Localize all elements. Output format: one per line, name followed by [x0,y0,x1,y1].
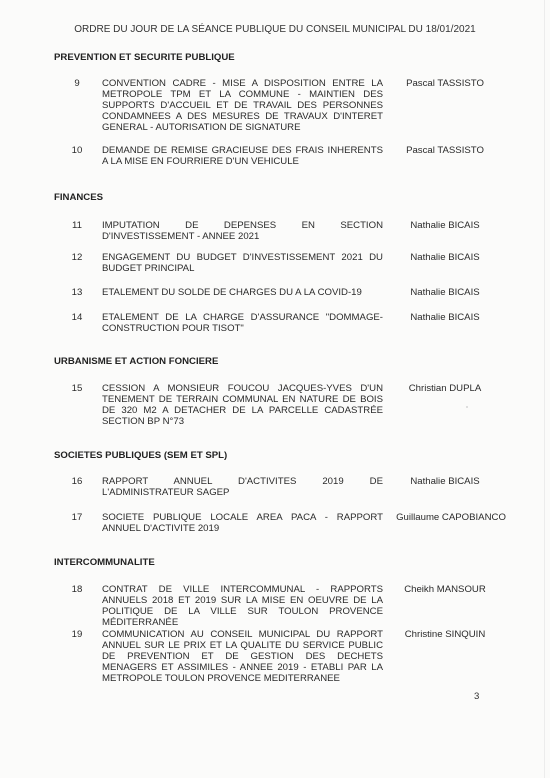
item-number: 16 [66,476,88,487]
item-presenter: Cheikh MANSOUR [380,584,510,595]
item-text: SOCIETE PUBLIQUE LOCALE AREA PACA - RAPP… [102,512,383,534]
scan-edge [544,0,545,778]
item-text: ENGAGEMENT DU BUDGET D'INVESTISSEMENT 20… [102,252,383,274]
item-presenter: Nathalie BICAIS [380,312,510,323]
scan-speck [466,406,468,408]
item-text: CESSION A MONSIEUR FOUCOU JACQUES-YVES D… [102,383,383,427]
item-number: 15 [66,383,88,394]
section-heading-finances: FINANCES [54,192,103,203]
page-number: 3 [474,691,479,702]
item-presenter: Pascal TASSISTO [380,78,510,89]
item-presenter: Christian DUPLA [380,383,510,394]
section-heading-intercommunalite: INTERCOMMUNALITE [54,557,155,568]
section-heading-urbanisme: URBANISME ET ACTION FONCIERE [54,356,218,367]
item-text: ETALEMENT DE LA CHARGE D'ASSURANCE "DOMM… [102,312,383,334]
section-heading-prevention: PREVENTION ET SECURITE PUBLIQUE [54,52,235,63]
item-text: ETALEMENT DU SOLDE DE CHARGES DU A LA CO… [102,287,383,298]
item-presenter: Nathalie BICAIS [380,476,510,487]
item-text: IMPUTATION DE DEPENSES EN SECTION D'INVE… [102,220,383,242]
item-text: CONVENTION CADRE - MISE A DISPOSITION EN… [102,78,383,133]
item-number: 17 [66,512,88,523]
item-number: 12 [66,252,88,263]
item-text: COMMUNICATION AU CONSEIL MUNICIPAL DU RA… [102,629,383,684]
item-number: 14 [66,312,88,323]
section-heading-societes-publiques: SOCIETES PUBLIQUES (SEM ET SPL) [54,450,227,461]
item-number: 10 [66,145,88,156]
item-presenter: Nathalie BICAIS [380,287,510,298]
item-number: 13 [66,287,88,298]
item-text: CONTRAT DE VILLE INTERCOMMUNAL - RAPPORT… [102,584,383,628]
item-presenter: Nathalie BICAIS [380,220,510,231]
item-presenter: Nathalie BICAIS [380,252,510,263]
item-presenter: Guillaume CAPOBIANCO [386,512,516,523]
item-number: 11 [66,220,88,231]
item-presenter: Christine SINQUIN [380,629,510,640]
item-presenter: Pascal TASSISTO [380,145,510,156]
item-number: 9 [66,78,88,89]
document-title: ORDRE DU JOUR DE LA SÉANCE PUBLIQUE DU C… [0,24,550,35]
item-number: 18 [66,584,88,595]
item-text: RAPPORT ANNUEL D'ACTIVITES 2019 DE L'ADM… [102,476,383,498]
item-number: 19 [66,629,88,640]
item-text: DEMANDE DE REMISE GRACIEUSE DES FRAIS IN… [102,145,383,167]
